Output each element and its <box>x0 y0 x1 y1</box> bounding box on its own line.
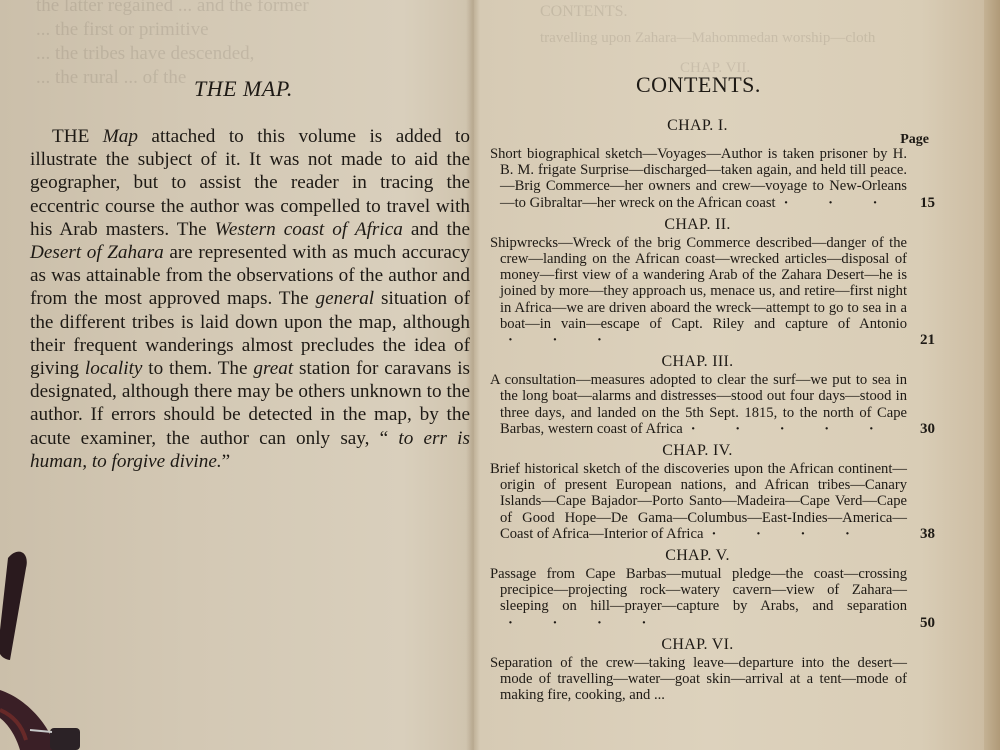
toc-entry: Brief historical sketch of the discoveri… <box>490 461 935 542</box>
chapter-summary: Passage from Cape Barbas—mutual pledge—t… <box>490 566 907 631</box>
chapter-heading: CHAP. VI. <box>490 635 935 655</box>
chapter-summary: Short biographical sketch—Voyages—Author… <box>490 146 907 211</box>
toc-entry: A consultation—measures adopted to clear… <box>490 372 935 437</box>
map-section-title: THE MAP. <box>194 76 293 102</box>
italic-text-segment: locality <box>85 358 143 379</box>
contents-title: CONTENTS. <box>636 72 761 98</box>
italic-text-segment: great <box>253 358 293 379</box>
chapter-heading: CHAP. II. <box>490 215 935 235</box>
bleed-through-line: ... the rural ... of the <box>36 66 186 90</box>
text-segment: ” <box>222 451 231 472</box>
text-segment: THE <box>52 126 103 147</box>
page-edge <box>984 0 1000 750</box>
chapter-page-number: 30 <box>920 421 935 437</box>
toc-entry: Shipwrecks—Wreck of the brig Commerce de… <box>490 235 935 348</box>
italic-text-segment: Western coast of Africa <box>215 219 403 240</box>
bleed-through-line: ... the tribes have descended, <box>36 42 254 66</box>
map-note-paragraph: THE Map attached to this volume is added… <box>30 125 470 473</box>
leader-dots: · · · <box>518 332 620 348</box>
chapter-page-number: 38 <box>920 526 935 542</box>
bleed-through-line: ... the first or primitive <box>36 18 209 42</box>
chapter-page-number: 50 <box>920 615 935 631</box>
chapter-heading: CHAP. III. <box>490 352 935 372</box>
bleed-through-line: the latter regained ... and the former <box>36 0 309 18</box>
chapter-summary: Brief historical sketch of the discoveri… <box>490 461 907 542</box>
chapter-page-number: 15 <box>920 195 935 211</box>
table-of-contents: CHAP. I.PageShort biographical sketch—Vo… <box>490 116 935 707</box>
chapter-summary: Separation of the crew—taking leave—depa… <box>490 655 907 704</box>
bleed-through-line: CONTENTS. <box>540 0 628 24</box>
chapter-page-number: 21 <box>920 332 935 348</box>
leader-dots: · · · · <box>721 526 867 542</box>
chapter-summary-text: Passage from Cape Barbas—mutual pledge—t… <box>490 566 907 614</box>
chapter-summary: A consultation—measures adopted to clear… <box>490 372 907 437</box>
chapter-heading: CHAP. IV. <box>490 441 935 461</box>
chapter-summary: Shipwrecks—Wreck of the brig Commerce de… <box>490 235 907 348</box>
italic-text-segment: general <box>316 288 375 309</box>
text-segment: and the <box>403 219 470 240</box>
toc-entry: Short biographical sketch—Voyages—Author… <box>490 146 935 211</box>
map-note-body: THE Map attached to this volume is added… <box>30 125 470 473</box>
text-segment: to them. The <box>142 358 253 379</box>
leader-dots: · · · <box>794 195 896 211</box>
chapter-summary-text: Shipwrecks—Wreck of the brig Commerce de… <box>490 235 907 332</box>
chapter-heading: CHAP. V. <box>490 546 935 566</box>
eyeglasses-icon <box>0 540 90 750</box>
chapter-summary-text: Separation of the crew—taking leave—depa… <box>490 655 907 703</box>
italic-text-segment: Map <box>103 126 138 147</box>
bleed-through-line: travelling upon Zahara—Mahommedan worshi… <box>540 26 875 50</box>
toc-entry: Separation of the crew—taking leave—depa… <box>490 655 935 704</box>
leader-dots: · · · · <box>518 615 664 631</box>
toc-entry: Passage from Cape Barbas—mutual pledge—t… <box>490 566 935 631</box>
italic-text-segment: Desert of Zahara <box>30 242 164 263</box>
leader-dots: · · · · · <box>701 421 892 437</box>
